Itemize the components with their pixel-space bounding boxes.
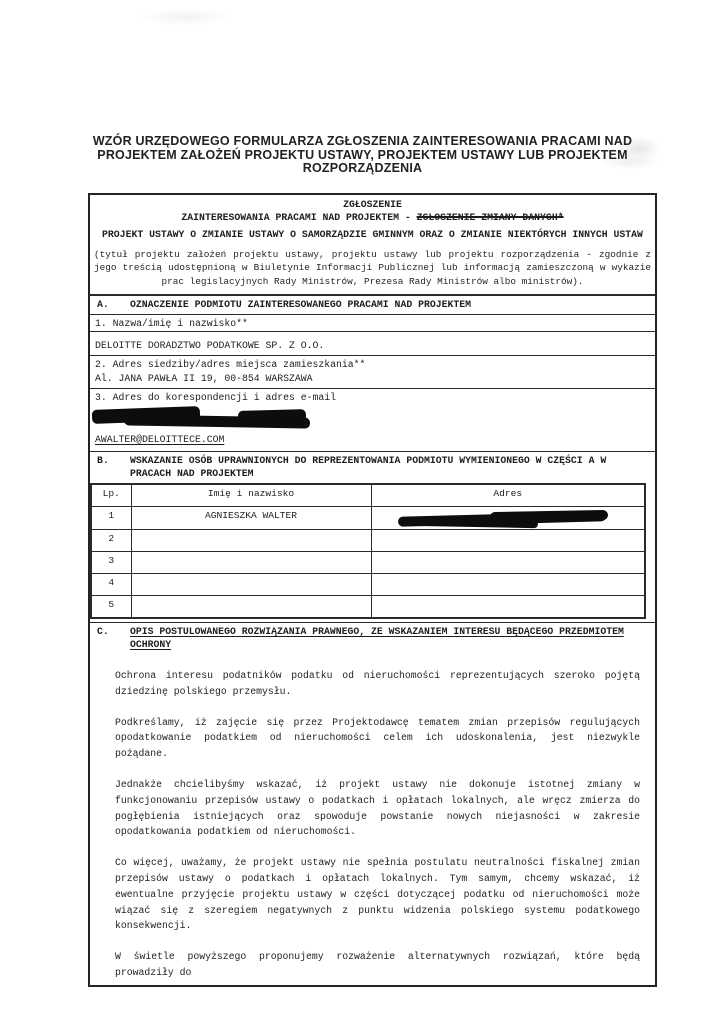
section-b-title: WSKAZANIE OSÓB UPRAWNIONYCH DO REPREZENT… (130, 454, 655, 480)
paragraph: Jednakże chcielibyśmy wskazać, iż projek… (115, 777, 640, 840)
section-c-title: OPIS POSTULOWANEGO ROZWIĄZANIA PRAWNEGO,… (130, 625, 655, 651)
field-3-label: 3. Adres do korespondencji i adres e-mai… (90, 389, 655, 405)
section-c-body: Ochrona interesu podatników podatku od n… (90, 654, 655, 985)
header-text: ZAINTERESOWANIA PRACAMI NAD PROJEKTEM - (181, 212, 416, 223)
table-row: 1 AGNIESZKA WALTER (91, 507, 645, 530)
cell-name (131, 552, 371, 574)
form-note: (tytuł projektu założeń projektu ustawy,… (90, 247, 655, 295)
cell-address (371, 507, 645, 530)
form-header-line-2: ZAINTERESOWANIA PRACAMI NAD PROJEKTEM - … (92, 212, 653, 225)
section-a-letter: A. (90, 298, 130, 311)
paragraph: W świetle powyższego proponujemy rozważe… (115, 949, 640, 981)
document-title: WZÓR URZĘDOWEGO FORMULARZA ZGŁOSZENIA ZA… (73, 135, 653, 176)
redaction-bar (90, 406, 320, 431)
title-line-2: PROJEKTEM ZAŁOŻEŃ PROJEKTU USTAWY, PROJE… (73, 149, 653, 163)
field-1-label: 1. Nazwa/imię i nazwisko** (90, 315, 655, 332)
representatives-table: Lp. Imię i nazwisko Adres 1 AGNIESZKA WA… (90, 483, 646, 619)
col-header-address: Adres (371, 484, 645, 507)
field-2: 2. Adres siedziby/adres miejsca zamieszk… (90, 356, 655, 389)
cell-address (371, 596, 645, 619)
cell-lp: 3 (91, 552, 131, 574)
section-b-header: B. WSKAZANIE OSÓB UPRAWNIONYCH DO REPREZ… (90, 452, 655, 483)
paragraph: Podkreślamy, iż zajęcie się przez Projek… (115, 715, 640, 762)
cell-lp: 2 (91, 530, 131, 552)
redaction-bar (380, 510, 637, 527)
table-row: 4 (91, 574, 645, 596)
section-c-letter: C. (90, 625, 130, 638)
table-header-row: Lp. Imię i nazwisko Adres (91, 484, 645, 507)
scanned-document-page: WZÓR URZĘDOWEGO FORMULARZA ZGŁOSZENIA ZA… (0, 0, 725, 1024)
col-header-name: Imię i nazwisko (131, 484, 371, 507)
table-row: 3 (91, 552, 645, 574)
struck-text: ZGŁOSZENIE ZMIANY DANYCH* (417, 212, 564, 223)
cell-name (131, 574, 371, 596)
email-value: AWALTER@DELOITTECE.COM (90, 432, 655, 448)
paragraph: Ochrona interesu podatników podatku od n… (115, 668, 640, 700)
section-a-title: OZNACZENIE PODMIOTU ZAINTERESOWANEGO PRA… (130, 298, 655, 311)
cell-address (371, 552, 645, 574)
cell-name: AGNIESZKA WALTER (131, 507, 371, 530)
col-header-lp: Lp. (91, 484, 131, 507)
scan-artifact (140, 8, 230, 26)
table-row: 2 (91, 530, 645, 552)
paragraph: Co więcej, uważamy, że projekt ustawy ni… (115, 855, 640, 934)
cell-name (131, 530, 371, 552)
field-1-value: DELOITTE DORADZTWO PODATKOWE SP. Z O.O. (90, 332, 655, 356)
cell-address (371, 530, 645, 552)
title-line-3: ROZPORZĄDZENIA (73, 162, 653, 176)
form-box: ZGŁOSZENIE ZAINTERESOWANIA PRACAMI NAD P… (88, 193, 657, 987)
cell-address (371, 574, 645, 596)
field-3: 3. Adres do korespondencji i adres e-mai… (90, 389, 655, 452)
cell-lp: 5 (91, 596, 131, 619)
section-c-header: C. OPIS POSTULOWANEGO ROZWIĄZANIA PRAWNE… (90, 622, 655, 654)
cell-name (131, 596, 371, 619)
field-2-label: 2. Adres siedziby/adres miejsca zamieszk… (90, 356, 655, 372)
form-header: ZGŁOSZENIE ZAINTERESOWANIA PRACAMI NAD P… (90, 195, 655, 247)
project-title-line: PROJEKT USTAWY O ZMIANIE USTAWY O SAMORZ… (92, 229, 653, 242)
title-line-1: WZÓR URZĘDOWEGO FORMULARZA ZGŁOSZENIA ZA… (73, 135, 653, 149)
field-2-value: Al. JANA PAWŁA II 19, 00-854 WARSZAWA (90, 372, 655, 385)
table-row: 5 (91, 596, 645, 619)
cell-lp: 4 (91, 574, 131, 596)
section-b-letter: B. (90, 454, 130, 467)
cell-lp: 1 (91, 507, 131, 530)
section-a-header: A. OZNACZENIE PODMIOTU ZAINTERESOWANEGO … (90, 294, 655, 315)
form-header-line-1: ZGŁOSZENIE (92, 199, 653, 212)
